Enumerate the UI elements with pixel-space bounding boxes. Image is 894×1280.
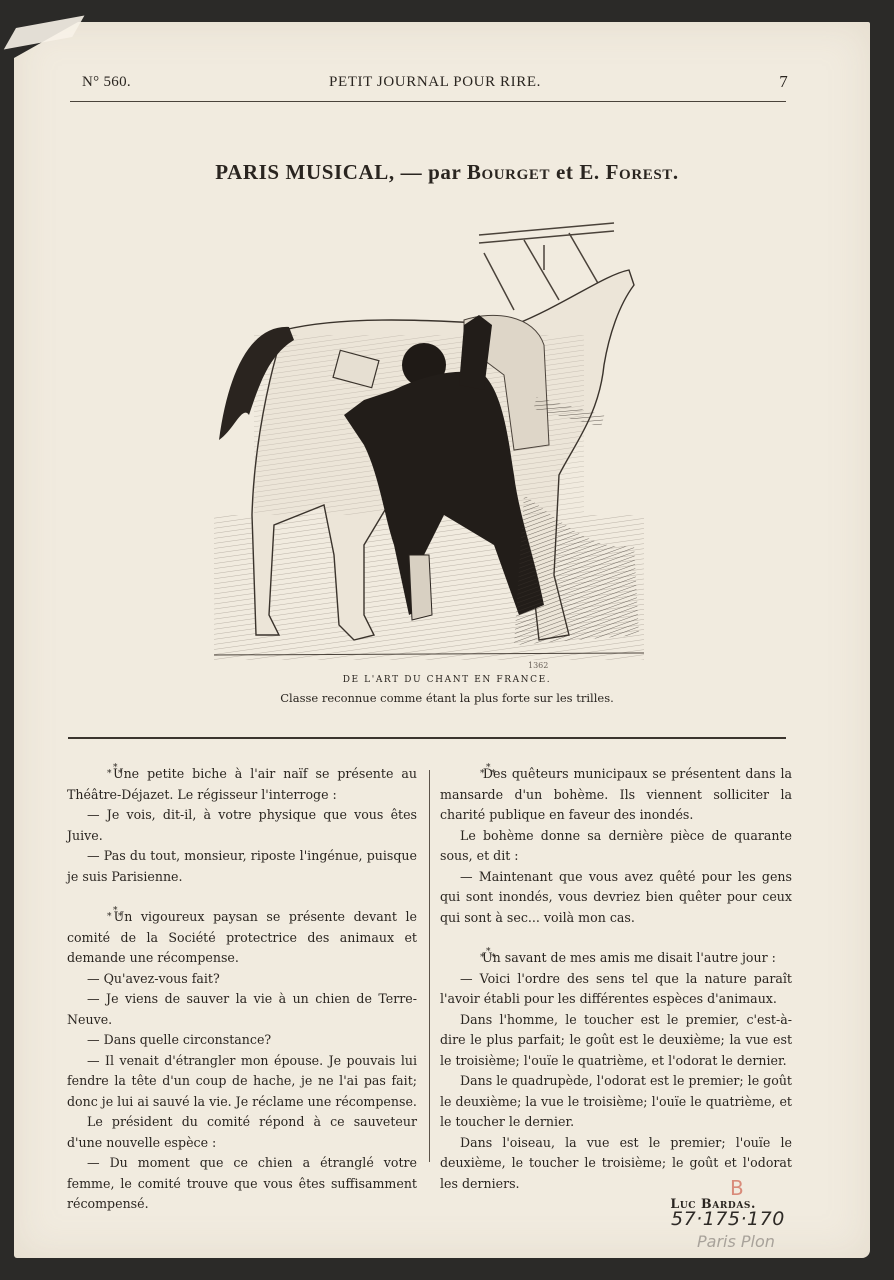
caption-title: DE L'ART DU CHANT EN FRANCE. (0, 675, 894, 685)
column-divider (429, 770, 430, 1162)
stamp-letter: B (730, 1176, 744, 1200)
paragraph: — Pas du tout, monsieur, riposte l'ingén… (67, 846, 417, 887)
paragraph-gap (67, 887, 417, 907)
asterism-icon: *** (460, 950, 478, 962)
publisher-note: Paris Plon (697, 1232, 775, 1251)
title-and: et (556, 160, 574, 184)
header-rule (70, 101, 786, 102)
journal-title: PETIT JOURNAL POUR RIRE. (82, 74, 788, 91)
paragraph: *** Des quêteurs municipaux se présenten… (440, 764, 792, 826)
column-left: *** Une petite biche à l'air naïf se pré… (67, 764, 417, 1215)
paragraph-gap (440, 928, 792, 948)
asterism-icon: *** (87, 909, 105, 921)
asterism-icon: *** (87, 766, 105, 778)
engraving-illustration (214, 215, 644, 660)
accession-number: 57·175·170 (671, 1208, 785, 1230)
paragraph: — Je vois, dit-il, à votre physique que … (67, 805, 417, 846)
page-number: 7 (779, 72, 788, 92)
title-main: PARIS MUSICAL, — (215, 160, 422, 184)
author-1: Bourget (467, 160, 550, 184)
paragraph: — Du moment que ce chien a étranglé votr… (67, 1153, 417, 1215)
paragraph: — Maintenant que vous avez quêté pour le… (440, 867, 792, 929)
paragraph: *** Une petite biche à l'air naïf se pré… (67, 764, 417, 805)
paragraph: Le bohème donne sa dernière pièce de qua… (440, 826, 792, 867)
paragraph: — Dans quelle circonstance? (67, 1030, 417, 1051)
paragraph: — Il venait d'étrangler mon épouse. Je p… (67, 1051, 417, 1113)
asterism-icon: *** (460, 766, 478, 778)
paragraph: *** Un savant de mes amis me disait l'au… (440, 948, 792, 969)
paragraph: Dans le quadrupède, l'odorat est le prem… (440, 1071, 792, 1133)
title-by: par (428, 160, 461, 184)
paragraph: — Voici l'ordre des sens tel que la natu… (440, 969, 792, 1010)
column-right: *** Des quêteurs municipaux se présenten… (440, 764, 792, 1215)
article-title: PARIS MUSICAL, — par Bourget et E. Fores… (0, 160, 894, 185)
running-head: N° 560. PETIT JOURNAL POUR RIRE. 7 (82, 74, 788, 94)
plate-number: 1362 (528, 661, 548, 670)
paragraph: — Je viens de sauver la vie à un chien d… (67, 989, 417, 1030)
paragraph: *** Un vigoureux paysan se présente deva… (67, 907, 417, 969)
caption-subtitle: Classe reconnue comme étant la plus fort… (0, 691, 894, 705)
author-2: E. Forest. (579, 160, 678, 184)
paragraph: Dans l'homme, le toucher est le premier,… (440, 1010, 792, 1072)
paragraph: Le président du comité répond à ce sauve… (67, 1112, 417, 1153)
paragraph: — Qu'avez-vous fait? (67, 969, 417, 990)
section-rule (68, 737, 786, 739)
